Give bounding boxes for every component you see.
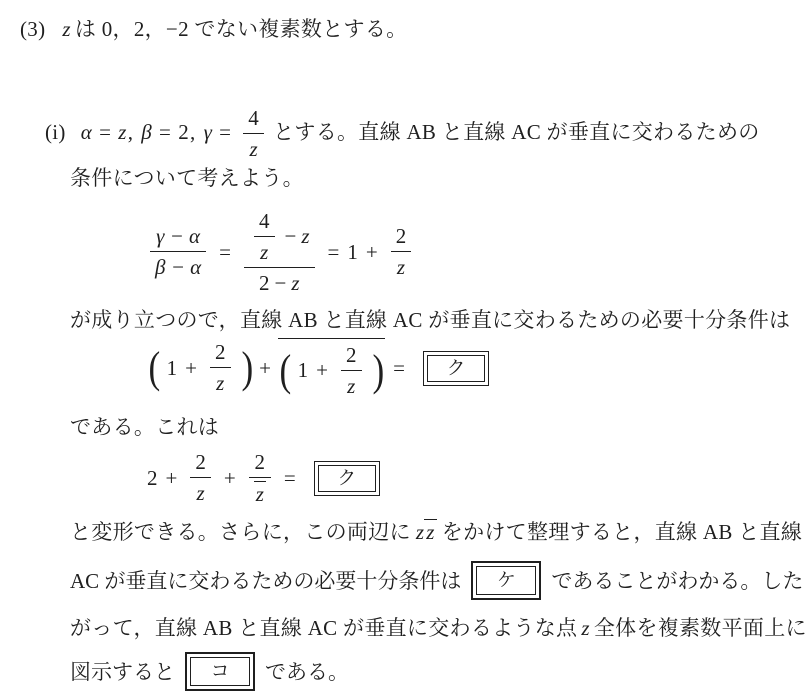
answer-box-ku-1: ク	[423, 351, 489, 386]
left-paren: (	[148, 349, 160, 386]
fraction-numerator: 4	[254, 209, 275, 237]
number-2: 2	[178, 120, 189, 144]
var-z: z	[291, 271, 299, 295]
plus-sign: +	[316, 358, 328, 383]
comma: ,	[190, 120, 196, 144]
problem-text: は 0，2，−2 でない複素数とする。	[75, 17, 408, 41]
minus-sign: −	[285, 224, 297, 249]
fraction-numerator: 2	[341, 343, 362, 371]
minus-sign: −	[275, 271, 287, 295]
fraction-4-over-z: 4z	[243, 106, 264, 162]
conjugate-overline-group: (1+2z)	[278, 338, 385, 399]
fraction-numerator: γ − α	[150, 224, 206, 252]
equals-sign: =	[328, 240, 340, 265]
answer-label: ク	[318, 465, 376, 492]
text-multiply-zzbar: と変形できる。さらに，この両辺にzzをかけて整理すると，直線 AB と直線	[70, 518, 802, 546]
answer-box-ko: コ	[185, 652, 255, 691]
fraction-2-over-z: 2z	[341, 343, 362, 399]
right-paren: )	[372, 352, 384, 389]
number-2: 2	[259, 271, 270, 295]
fraction-denominator: z	[210, 368, 231, 396]
var-z-conjugate: z	[424, 519, 436, 543]
fraction-numerator: 2	[210, 340, 231, 368]
text: である。これは	[70, 415, 219, 439]
fraction-denominator: z	[190, 478, 211, 506]
fraction-numerator: 2	[391, 224, 412, 252]
equation-perpendicular-condition: ( 1 + 2z ) + (1+2z) = ク	[147, 338, 499, 398]
fraction-2-over-z: 2z	[210, 340, 231, 396]
answer-box-ku-2: ク	[314, 461, 380, 496]
equals-sign: =	[219, 120, 231, 144]
text-condition-answer-ke: AC が垂直に交わるための必要十分条件は ケ であることがわかる。した	[70, 557, 803, 603]
equals-sign: =	[393, 356, 405, 381]
plus-sign: +	[166, 466, 178, 491]
comma: ,	[128, 120, 134, 144]
equals-sign: =	[159, 120, 171, 144]
fraction-gamma-alpha-over-beta-alpha: γ − αβ − α	[150, 224, 206, 280]
fraction-denominator: z	[341, 371, 362, 399]
fraction-numerator: 4z−z	[244, 209, 315, 268]
equals-sign: =	[219, 240, 231, 265]
text: がって，直線 AB と直線 AC が垂直に交わるような点	[70, 616, 577, 640]
subquestion-text: とする。直線 AB と直線 AC が垂直に交わるための	[273, 120, 759, 144]
text-locus-of-z: がって，直線 AB と直線 AC が垂直に交わるような点z全体を複素数平面上に	[70, 614, 807, 642]
right-paren: )	[241, 349, 253, 386]
answer-label: コ	[190, 657, 250, 686]
text: 条件について考えよう。	[70, 166, 304, 190]
text: 図示すると	[70, 656, 175, 686]
fraction-denominator: z	[249, 478, 271, 507]
equation-slope-ratio: γ − αβ − α = 4z−z 2−z = 1 + 2z	[145, 208, 416, 296]
fraction-compound: 4z−z 2−z	[244, 209, 315, 296]
answer-label: ケ	[476, 566, 536, 595]
number-1: 1	[298, 358, 309, 383]
var-z: z	[118, 120, 126, 144]
fraction-numerator: 4	[243, 106, 264, 134]
var-beta: β	[141, 120, 152, 144]
fraction-2-over-z-conjugate: 2z	[249, 450, 271, 507]
fraction-denominator: z	[254, 237, 275, 265]
number-1: 1	[167, 356, 178, 381]
var-z: z	[416, 520, 424, 544]
plus-sign: +	[259, 356, 271, 381]
number-1: 1	[347, 240, 358, 265]
subquestion-i-continued: 条件について考えよう。	[70, 164, 304, 192]
var-z: z	[581, 616, 589, 640]
equals-sign: =	[99, 120, 111, 144]
text-diagram-answer-ko: 図示すると コ である。	[70, 648, 349, 694]
text: と変形できる。さらに，この両辺に	[70, 520, 411, 544]
fraction-2-over-z: 2z	[190, 450, 211, 506]
var-z: z	[62, 17, 70, 41]
var-gamma: γ	[204, 120, 213, 144]
part-number: (3)	[20, 17, 45, 41]
fraction-denominator: β − α	[150, 252, 206, 280]
fraction-2-over-z: 2z	[391, 224, 412, 280]
plus-sign: +	[224, 466, 236, 491]
fraction-denominator: z	[243, 134, 264, 162]
fraction-numerator: 2	[190, 450, 211, 478]
text: 全体を複素数平面上に	[594, 616, 807, 640]
text-de-aru-kore-wa: である。これは	[70, 413, 219, 441]
fraction-numerator: 2	[249, 450, 271, 478]
var-z: z	[301, 224, 309, 249]
var-alpha: α	[81, 120, 92, 144]
fraction-denominator: 2−z	[244, 268, 315, 296]
text: をかけて整理すると，直線 AB と直線	[442, 520, 802, 544]
var-z-conjugate: z	[254, 481, 266, 505]
fraction-4-over-z: 4z	[254, 209, 275, 265]
plus-sign: +	[366, 240, 378, 265]
subquestion-i: (i)α=z,β=2,γ=4zとする。直線 AB と直線 AC が垂直に交わるた…	[45, 106, 764, 162]
equation-transformed: 2 + 2z + 2z = ク	[147, 450, 390, 506]
problem-statement: (3)zは 0，2，−2 でない複素数とする。	[20, 15, 407, 43]
equals-sign: =	[284, 466, 296, 491]
text: であることがわかる。した	[551, 565, 803, 595]
plus-sign: +	[185, 356, 197, 381]
exam-document-page: (3)zは 0，2，−2 でない複素数とする。 (i)α=z,β=2,γ=4zと…	[0, 0, 807, 698]
number-2: 2	[147, 466, 158, 491]
text: が成り立つので，直線 AB と直線 AC が垂直に交わるための必要十分条件は	[70, 308, 790, 332]
answer-label: ク	[427, 355, 485, 382]
text: である。	[265, 656, 349, 686]
text-necessary-condition: が成り立つので，直線 AB と直線 AC が垂直に交わるための必要十分条件は	[70, 306, 790, 334]
text: AC が垂直に交わるための必要十分条件は	[70, 565, 461, 595]
subpart-number: (i)	[45, 120, 66, 144]
answer-box-ke: ケ	[471, 561, 541, 600]
fraction-denominator: z	[391, 252, 412, 280]
left-paren: (	[279, 352, 291, 389]
